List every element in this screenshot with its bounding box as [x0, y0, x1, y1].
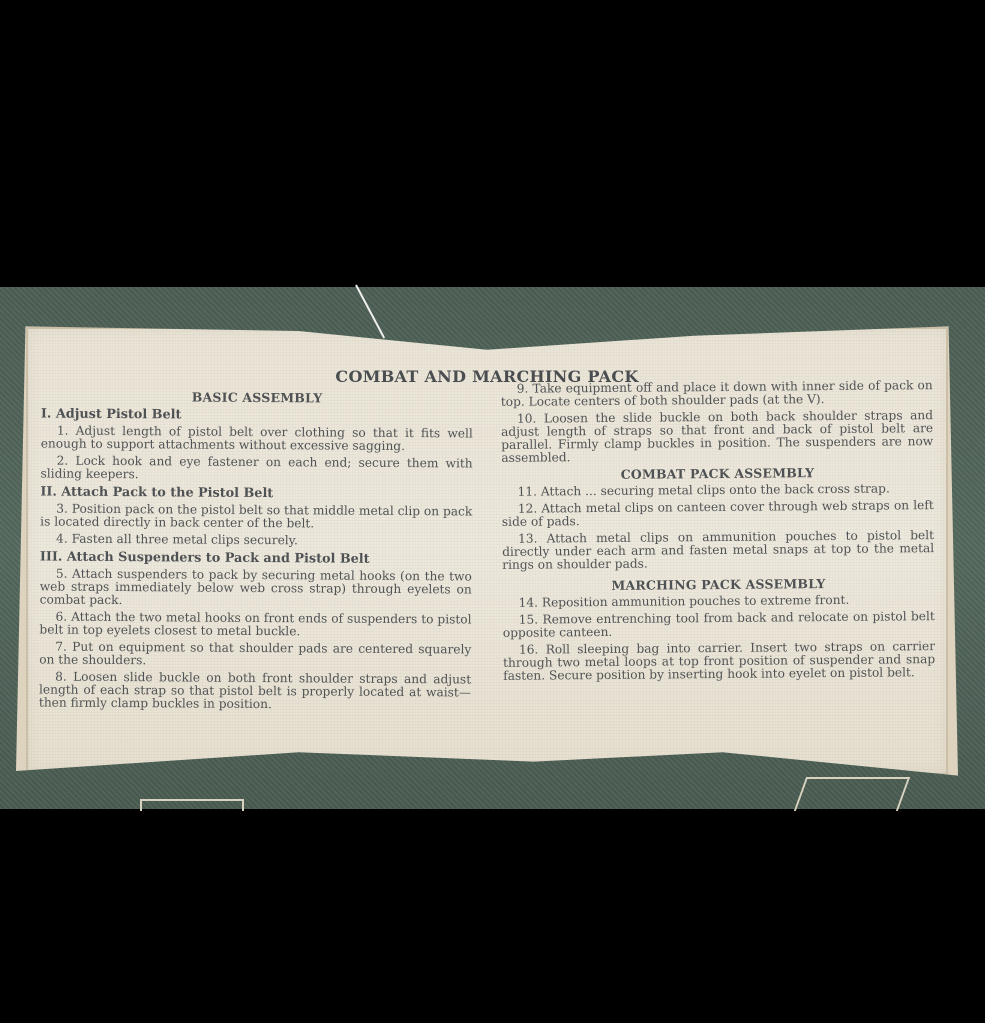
section-heading: II. Attach Pack to the Pistol Belt [40, 485, 472, 501]
olive-canvas-fabric: COMBAT AND MARCHING PACK BASIC ASSEMBLY … [0, 287, 985, 809]
step: 11. Attach ... securing metal clips onto… [502, 482, 934, 499]
form-code: 16—70153-1 [502, 807, 545, 814]
step: 13. Attach metal clips on ammunition pou… [502, 529, 934, 572]
step: 2. Lock hook and eye fastener on each en… [40, 454, 472, 483]
printer-imprint: U. S. GOVERNMENT PRINTING OFFICE 16—7015… [370, 807, 545, 814]
stitch-mark [140, 799, 244, 811]
step: 6. Attach the two metal hooks on front e… [39, 610, 471, 639]
step: 5. Attach suspenders to pack by securing… [40, 567, 472, 609]
step: 10. Loosen the slide buckle on both back… [501, 409, 933, 465]
step: 15. Remove entrenching tool from back an… [503, 610, 935, 640]
marching-pack-heading: MARCHING PACK ASSEMBLY [502, 576, 934, 593]
section-heading: III. Attach Suspenders to Pack and Pisto… [40, 550, 472, 566]
combat-pack-heading: COMBAT PACK ASSEMBLY [501, 465, 933, 482]
printer-name: U. S. GOVERNMENT PRINTING OFFICE [370, 808, 488, 814]
step: 16. Roll sleeping bag into carrier. Inse… [503, 640, 935, 683]
section-heading: I. Adjust Pistol Belt [41, 407, 473, 423]
loose-thread [355, 285, 385, 339]
step: 8. Loosen slide buckle on both front sho… [39, 670, 471, 712]
left-column: BASIC ASSEMBLY I. Adjust Pistol Belt 1. … [39, 387, 473, 716]
step: 14. Reposition ammunition pouches to ext… [503, 593, 935, 610]
step: 9. Take equipment off and place it down … [501, 379, 933, 409]
right-column: 9. Take equipment off and place it down … [501, 379, 936, 687]
stitch-mark [794, 777, 910, 811]
step: 1. Adjust length of pistol belt over clo… [41, 424, 473, 453]
step: 7. Put on equipment so that shoulder pad… [39, 640, 471, 669]
step: 3. Position pack on the pistol belt so t… [40, 502, 472, 531]
basic-assembly-heading: BASIC ASSEMBLY [41, 389, 473, 405]
instruction-label: COMBAT AND MARCHING PACK BASIC ASSEMBLY … [16, 317, 958, 785]
step: 12. Attach metal clips on canteen cover … [502, 499, 934, 529]
step: 4. Fasten all three metal clips securely… [40, 532, 472, 548]
